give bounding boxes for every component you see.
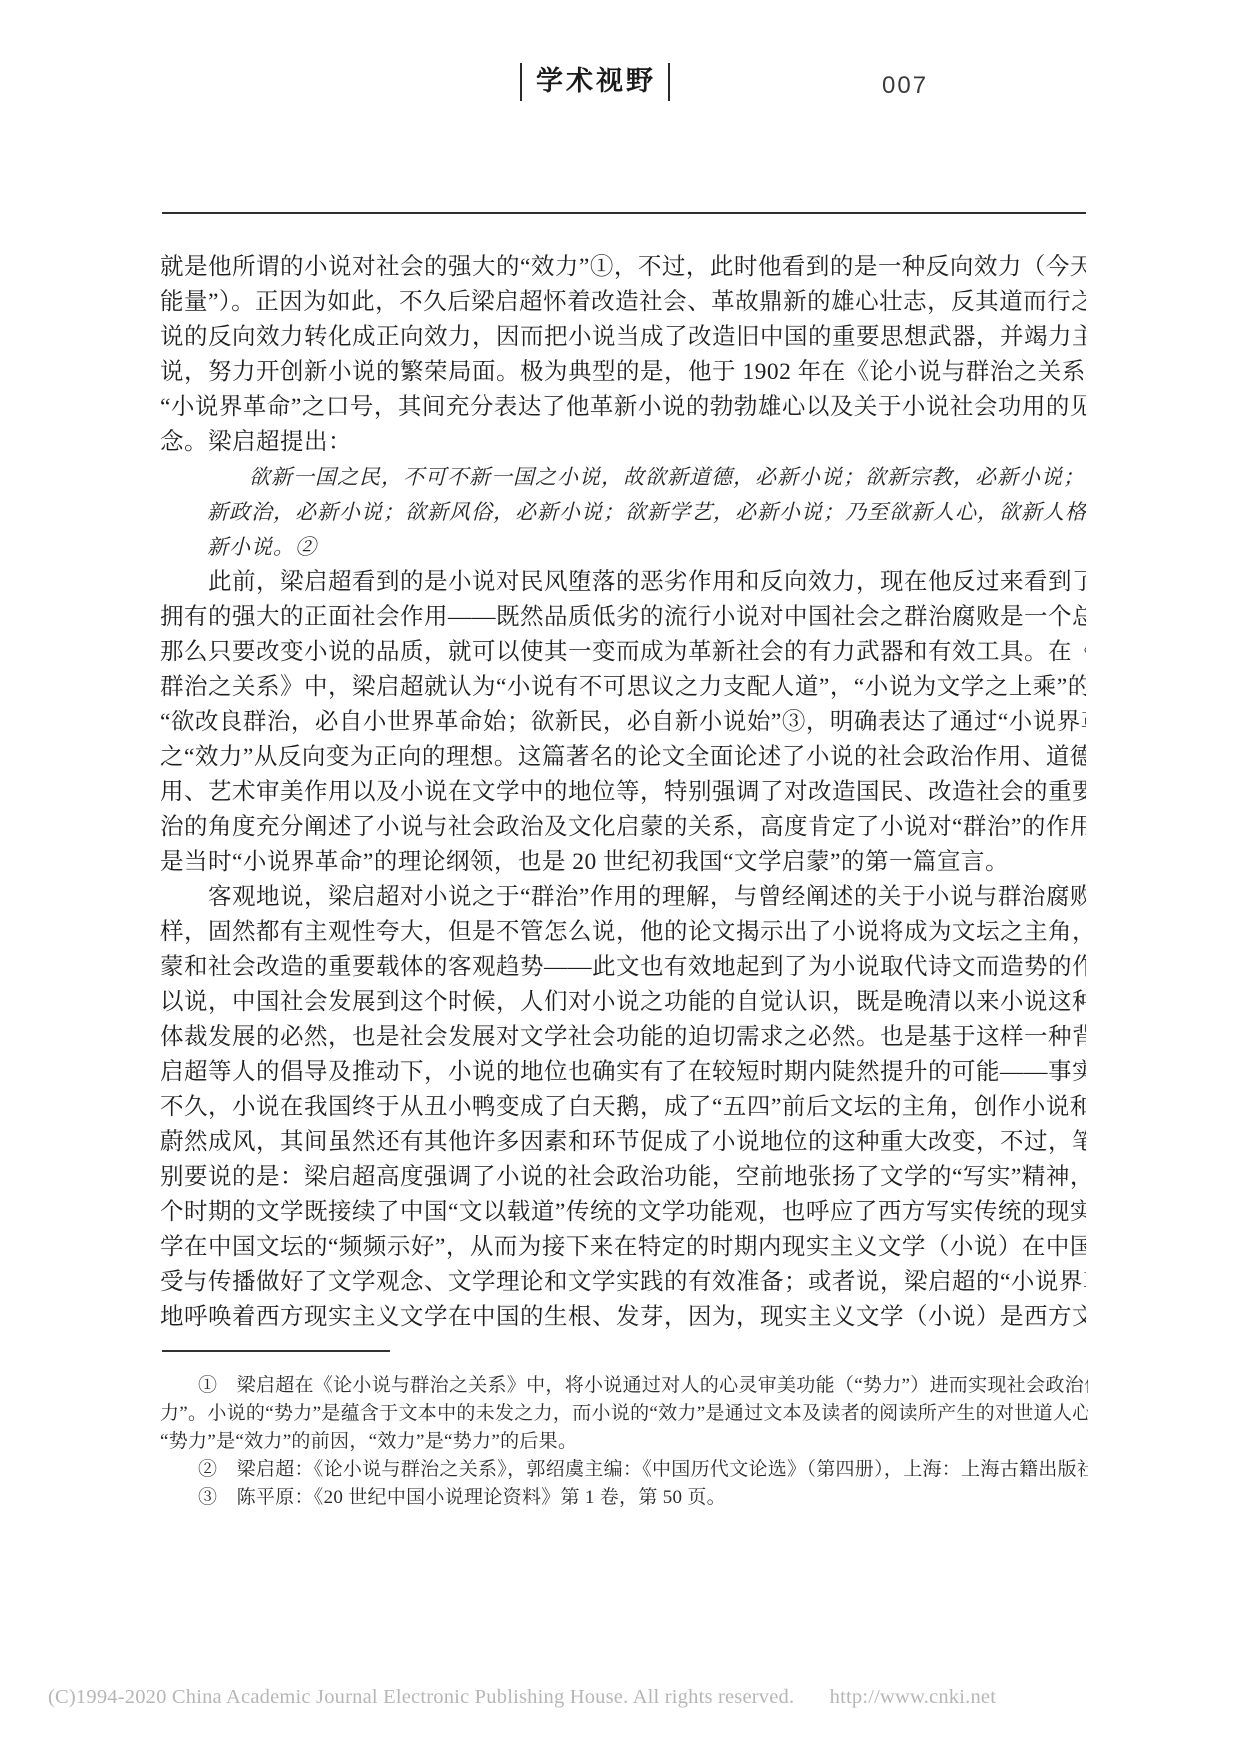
body-line: 不久，小说在我国终于从丑小鸭变成了白天鹅，成了“五四”前后文坛的主角，创作小说和… <box>160 1090 1086 1125</box>
block-quote-line: 新小说。② <box>160 530 1086 565</box>
body-line: “小说界革命”之口号，其间充分表达了他革新小说的勃勃雄心以及关于小说社会功用的见… <box>160 390 1086 425</box>
body-line: 是当时“小说界革命”的理论纲领，也是 20 世纪初我国“文学启蒙”的第一篇宣言。 <box>160 845 1086 880</box>
footnote-line: ② 梁启超：《论小说与群治之关系》，郭绍虞主编：《中国历代文论选》（第四册），上… <box>160 1456 1088 1484</box>
body-line: 就是他所谓的小说对社会的强大的“效力”①，不过，此时他看到的是一种反向效力（今天… <box>160 250 1086 285</box>
body-line: 说，努力开创新小说的繁荣局面。极为典型的是，他于 1902 年在《论小说与群治之… <box>160 355 1086 390</box>
body-line: 样，固然都有主观性夸大，但是不管怎么说，他的论文揭示出了小说将成为文坛之主角，成… <box>160 915 1086 950</box>
body-line: 蔚然成风，其间虽然还有其他许多因素和环节促成了小说地位的这种重大改变，不过，笔者… <box>160 1125 1086 1160</box>
body-line: 别要说的是：梁启超高度强调了小说的社会政治功能，空前地张扬了文学的“写实”精神，… <box>160 1160 1086 1195</box>
body-line: 蒙和社会改造的重要载体的客观趋势——此文也有效地起到了为小说取代诗文而造势的作用… <box>160 950 1086 985</box>
body-line: 受与传播做好了文学观念、文学理论和文学实践的有效准备；或者说，梁启超的“小说界革… <box>160 1265 1086 1300</box>
footnote-separator <box>162 1350 390 1352</box>
body-line: 那么只要改变小说的品质，就可以使其一变而成为革新社会的有力武器和有效工具。在《论… <box>160 635 1086 670</box>
page-number: 007 <box>882 72 928 100</box>
copyright-text: (C)1994-2020 China Academic Journal Elec… <box>48 1686 794 1708</box>
article-body: 就是他所谓的小说对社会的强大的“效力”①，不过，此时他看到的是一种反向效力（今天… <box>160 250 1086 1335</box>
block-quote-line: 新政治，必新小说；欲新风俗，必新小说；欲新学艺，必新小说；乃至欲新人心，欲新人格… <box>160 495 1086 530</box>
footnote-line: ③ 陈平原：《20 世纪中国小说理论资料》第 1 卷，第 50 页。 <box>160 1484 1088 1512</box>
body-line: 之“效力”从反向变为正向的理想。这篇著名的论文全面论述了小说的社会政治作用、道德… <box>160 740 1086 775</box>
journal-page: 学术视野 007 就是他所谓的小说对社会的强大的“效力”①，不过，此时他看到的是… <box>0 0 1240 1753</box>
body-line: “欲改良群治，必自小世界革命始；欲新民，必自新小说始”③，明确表达了通过“小说界… <box>160 705 1086 740</box>
block-quote-line: 欲新一国之民，不可不新一国之小说，故欲新道德，必新小说；欲新宗教，必新小说；欲 <box>160 460 1086 495</box>
footnote-line: “势力”是“效力”的前因，“效力”是“势力”的后果。 <box>160 1428 1088 1456</box>
footnotes: ① 梁启超在《论小说与群治之关系》中，将小说通过对人的心灵审美功能（“势力”）进… <box>160 1372 1088 1512</box>
body-line: 启超等人的倡导及推动下，小说的地位也确实有了在较短时期内陡然提升的可能——事实上… <box>160 1055 1086 1090</box>
body-line: 客观地说，梁启超对小说之于“群治”作用的理解，与曾经阐述的关于小说与群治腐败之关… <box>160 880 1086 915</box>
header-rule <box>162 212 1086 214</box>
body-line: 拥有的强大的正面社会作用——既然品质低劣的流行小说对中国社会之群治腐败是一个总根… <box>160 600 1086 635</box>
body-line: 说的反向效力转化成正向效力，因而把小说当成了改造旧中国的重要思想武器，并竭力主张… <box>160 320 1086 355</box>
cnki-url: http://www.cnki.net <box>830 1686 996 1708</box>
body-line: 地呼唤着西方现实主义文学在中国的生根、发芽，因为，现实主义文学（小说）是西方文学… <box>160 1300 1086 1335</box>
body-line: 体裁发展的必然，也是社会发展对文学社会功能的迫切需求之必然。也是基于这样一种背景… <box>160 1020 1086 1055</box>
body-line: 念。梁启超提出： <box>160 425 1086 460</box>
footnote-line: ① 梁启超在《论小说与群治之关系》中，将小说通过对人的心灵审美功能（“势力”）进… <box>160 1372 1088 1400</box>
footnote-line: 力”。小说的“势力”是蕴含于文本中的未发之力，而小说的“效力”是通过文本及读者的… <box>160 1400 1088 1428</box>
body-line: 用、艺术审美作用以及小说在文学中的地位等，特别强调了对改造国民、改造社会的重要价… <box>160 775 1086 810</box>
body-line: 此前，梁启超看到的是小说对民风堕落的恶劣作用和反向效力，现在他反过来看到了小说可… <box>160 565 1086 600</box>
copyright-footer: (C)1994-2020 China Academic Journal Elec… <box>48 1686 996 1709</box>
body-line: 学在中国文坛的“频频示好”，从而为接下来在特定的时期内现实主义文学（小说）在中国… <box>160 1230 1086 1265</box>
section-title: 学术视野 <box>520 63 670 101</box>
body-line: 群治之关系》中，梁启超就认为“小说有不可思议之力支配人道”，“小说为文学之上乘”… <box>160 670 1086 705</box>
body-line: 个时期的文学既接续了中国“文以载道”传统的文学功能观，也呼应了西方写实传统的现实… <box>160 1195 1086 1230</box>
body-line: 以说，中国社会发展到这个时候，人们对小说之功能的自觉认识，既是晚清以来小说这种新… <box>160 985 1086 1020</box>
body-line: 能量”）。正因为如此，不久后梁启超怀着改造社会、革故鼎新的雄心壮志，反其道而行之… <box>160 285 1086 320</box>
body-line: 治的角度充分阐述了小说与社会政治及文化启蒙的关系，高度肯定了小说对“群治”的作用… <box>160 810 1086 845</box>
